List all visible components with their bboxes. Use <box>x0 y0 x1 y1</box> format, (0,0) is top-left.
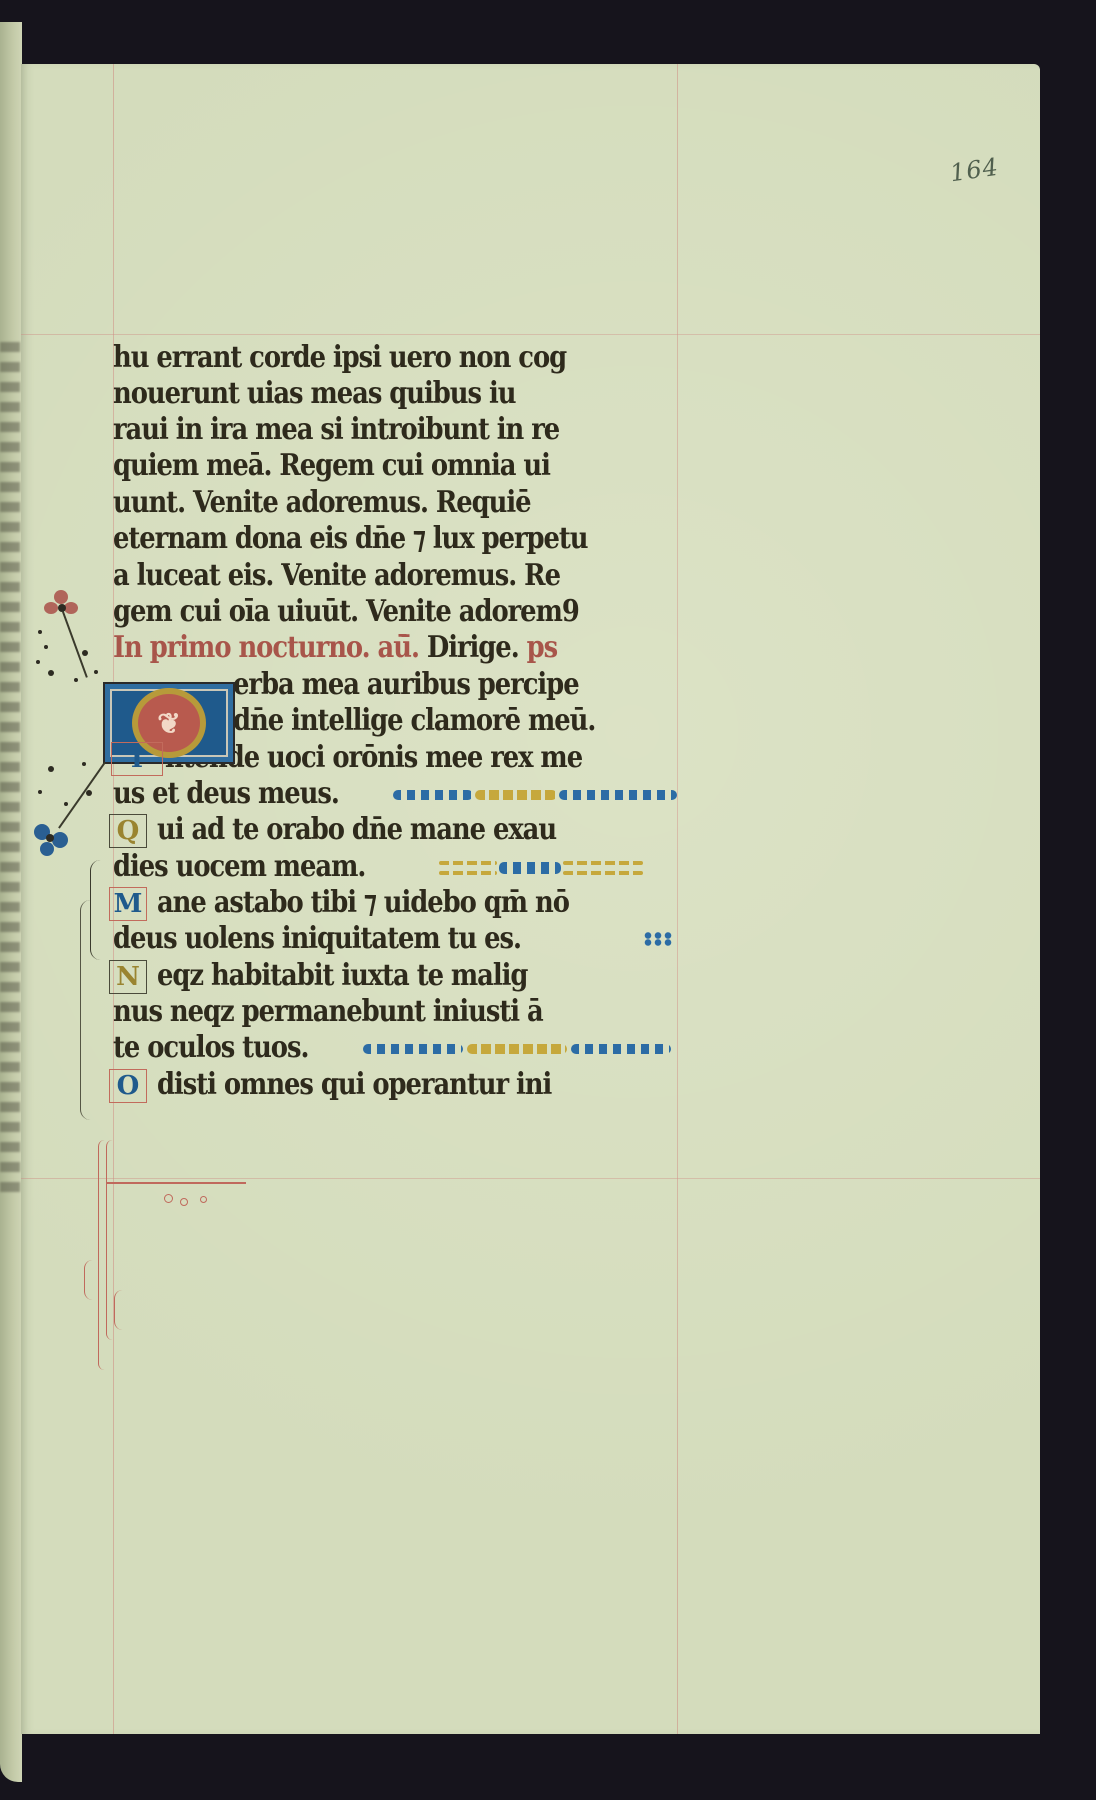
spray-stem <box>58 762 105 828</box>
flower-center <box>46 834 54 842</box>
line-filler-blue <box>499 862 561 874</box>
flourish-stroke <box>106 1182 246 1184</box>
text-line: te oculos tuos. <box>113 1030 308 1066</box>
initial-n: N <box>109 960 147 994</box>
folio-number: 164 <box>948 153 1000 188</box>
marginal-spray-blue-flower <box>34 762 124 872</box>
ruling-right <box>677 64 678 1734</box>
text-line: erba mea auribus percipe <box>233 667 579 703</box>
line-filler-blue <box>393 790 473 800</box>
text-line: nus neqz permanebunt iniusti ā <box>113 994 543 1030</box>
tendril-stroke <box>80 900 101 1120</box>
blue-petal <box>40 842 54 856</box>
flourish-circle <box>180 1198 188 1206</box>
adjacent-page-text <box>0 342 20 1202</box>
incipit-text: Dirige. <box>427 630 519 665</box>
line-filler-gold <box>439 861 497 865</box>
initial-m: M <box>109 887 147 921</box>
red-petal <box>54 590 68 604</box>
penwork-tendril <box>50 860 110 1120</box>
text-line: eqz habitabit iuxta te malig <box>157 958 527 994</box>
text-line: dies uocem meam. <box>113 849 365 885</box>
spray-dot <box>64 802 68 806</box>
line-filler-gold <box>563 871 643 875</box>
spray-dot <box>44 645 48 649</box>
text-line: us et deus meus. <box>113 776 339 812</box>
line-filler-gold <box>475 790 557 800</box>
line-filler-gold <box>439 871 497 875</box>
flourish-stroke <box>114 1290 131 1330</box>
text-line: nouerunt uias meas quibus iu <box>113 376 515 412</box>
spray-dot <box>38 630 42 634</box>
spray-dot <box>86 790 92 796</box>
red-petal <box>44 602 58 614</box>
marginal-spray-red-flower <box>34 590 114 700</box>
ruling-top <box>21 334 1040 335</box>
flourish-circle <box>164 1194 173 1203</box>
spray-stem <box>62 611 87 677</box>
adjacent-page-edge <box>0 22 22 1782</box>
text-line: gem cui oīa uiuūt. Venite adorem9 <box>113 594 579 630</box>
text-line: dn̄e intellige clamorē meū. <box>233 703 595 739</box>
text-line: disti omnes qui operantur ini <box>157 1067 551 1103</box>
rubric-text: In primo nocturno. aū̄. <box>113 630 427 665</box>
spray-dot <box>48 766 54 772</box>
line-filler-blue <box>363 1044 463 1054</box>
text-line: hu errant corde ipsi uero non cog <box>113 340 566 376</box>
spray-dot <box>38 790 42 794</box>
text-line: raui in ira mea si introibunt in re <box>113 412 559 448</box>
line-filler-blue-dots <box>643 932 673 946</box>
flourish-circle <box>200 1196 207 1203</box>
text-line: uunt. Venite adoremus. Requiē <box>113 485 531 521</box>
initial-o: O <box>109 1069 147 1103</box>
spray-dot <box>94 670 98 674</box>
rubric-psalm: ps <box>519 630 557 665</box>
line-filler-gold <box>563 861 643 865</box>
blue-petal <box>52 832 68 848</box>
red-petal <box>64 602 78 614</box>
text-line: deus uolens iniquitatem tu es. <box>113 921 521 957</box>
text-line: a luceat eis. Venite adoremus. Re <box>113 558 560 594</box>
spray-dot <box>82 762 86 766</box>
text-line: eternam dona eis dn̄e ⁊ lux perpetu <box>113 521 588 557</box>
spray-dot <box>48 670 54 676</box>
spray-dot <box>74 678 78 682</box>
text-line: ane astabo tibi ⁊ uidebo qm̄ nō <box>157 885 569 921</box>
line-filler-blue <box>559 790 677 800</box>
flourish-stroke <box>84 1260 101 1300</box>
red-penwork-flourish <box>70 1140 250 1370</box>
spray-dot <box>82 650 88 656</box>
text-line: quiem meā. Regem cui omnia ui <box>113 448 550 484</box>
line-filler-gold <box>467 1044 567 1054</box>
text-line: ui ad te orabo dn̄e mane exau <box>157 812 556 848</box>
line-filler-blue <box>571 1044 671 1054</box>
rubric-line: In primo nocturno. aū̄. Dirige. ps <box>113 630 557 666</box>
spray-dot <box>36 660 40 664</box>
